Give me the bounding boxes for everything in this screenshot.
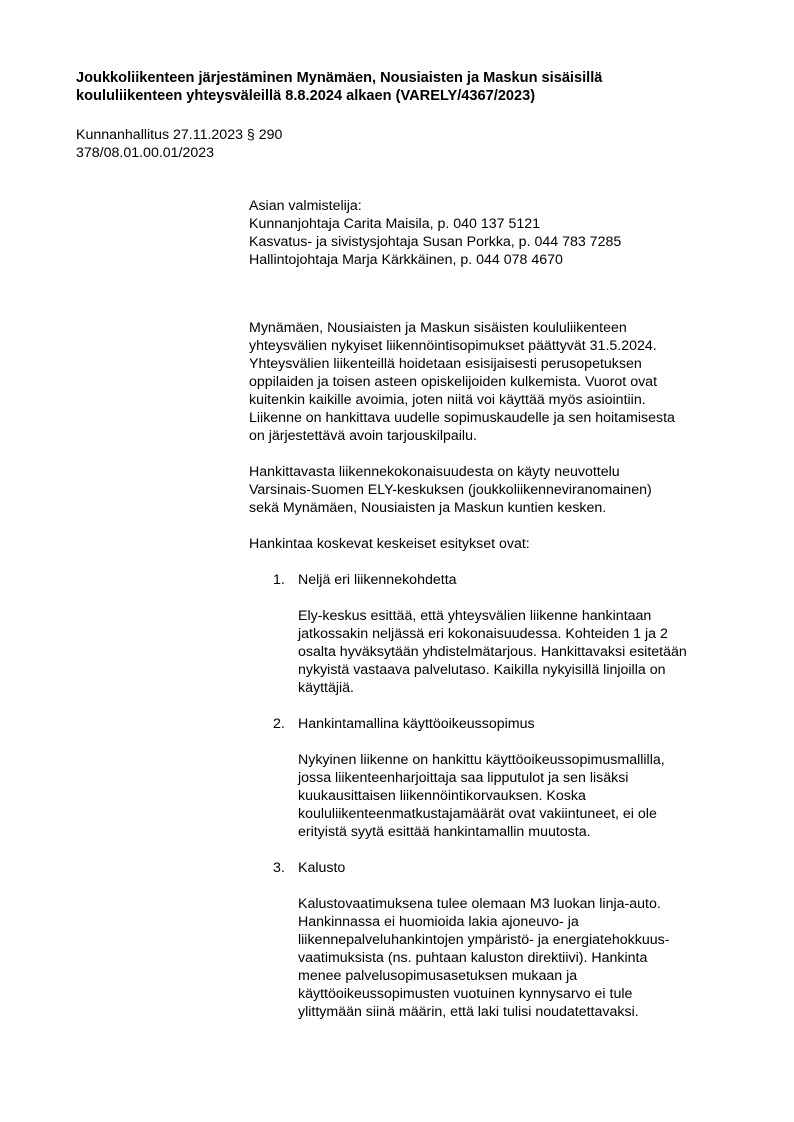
- text-line: erityistä syytä esittää hankintamallin m…: [298, 823, 759, 841]
- paragraph-negotiation: Hankittavasta liikennekokonaisuudesta on…: [249, 463, 759, 517]
- title-line: Joukkoliikenteen järjestäminen Mynämäen,…: [76, 69, 602, 87]
- preparer: Kunnanjohtaja Carita Maisila, p. 040 137…: [249, 215, 759, 233]
- list-item-body: Nykyinen liikenne on hankittu käyttöoike…: [249, 751, 759, 841]
- paragraph-proposals-intro: Hankintaa koskevat keskeiset esitykset o…: [249, 535, 759, 553]
- list-item-number: 2.: [273, 715, 285, 733]
- list-item: 3. Kalusto Kalustovaatimuksena tulee ole…: [249, 859, 759, 1021]
- list-item-body: Ely-keskus esittää, että yhteysvälien li…: [249, 607, 759, 697]
- list-item-heading: 2. Hankintamallina käyttöoikeussopimus: [249, 715, 759, 733]
- meeting-reference: Kunnanhallitus 27.11.2023 § 290: [76, 126, 282, 144]
- text-line: jossa liikenteenharjoittaja saa lipputul…: [298, 769, 759, 787]
- text-line: oppilaiden ja toisen asteen opiskelijoid…: [249, 373, 759, 391]
- list-item: 2. Hankintamallina käyttöoikeussopimus N…: [249, 715, 759, 841]
- text-line: on järjestettävä avoin tarjouskilpailu.: [249, 427, 759, 445]
- text-line: Ely-keskus esittää, että yhteysvälien li…: [298, 607, 759, 625]
- text-line: Kalustovaatimuksena tulee olemaan M3 luo…: [298, 895, 759, 913]
- text-line: Hankinnassa ei huomioida lakia ajoneuvo-…: [298, 913, 759, 931]
- text-line: Mynämäen, Nousiaisten ja Maskun sisäiste…: [249, 319, 759, 337]
- proposal-list: 1. Neljä eri liikennekohdetta Ely-keskus…: [249, 571, 759, 1021]
- text-line: nykyistä vastaava palvelutaso. Kaikilla …: [298, 661, 759, 679]
- list-item-title: Hankintamallina käyttöoikeussopimus: [298, 716, 535, 732]
- list-item-title: Neljä eri liikennekohdetta: [298, 572, 457, 588]
- list-item-title: Kalusto: [298, 860, 345, 876]
- list-item: 1. Neljä eri liikennekohdetta Ely-keskus…: [249, 571, 759, 697]
- text-line: liikennepalveluhankintojen ympäristö- ja…: [298, 931, 759, 949]
- list-item-number: 3.: [273, 859, 285, 877]
- list-item-heading: 3. Kalusto: [249, 859, 759, 877]
- record-id: 378/08.01.00.01/2023: [76, 144, 282, 162]
- list-item-number: 1.: [273, 571, 285, 589]
- text-line: kuukausittaisen liikennöintikorvauksen. …: [298, 787, 759, 805]
- text-line: sekä Mynämäen, Nousiaisten ja Maskun kun…: [249, 499, 759, 517]
- document-body: Asian valmistelija: Kunnanjohtaja Carita…: [249, 197, 759, 1021]
- text-line: Hankintaa koskevat keskeiset esitykset o…: [249, 535, 759, 553]
- preparer: Kasvatus- ja sivistysjohtaja Susan Porkk…: [249, 233, 759, 251]
- text-line: jatkossakin neljässä eri kokonaisuudessa…: [298, 625, 759, 643]
- text-line: Liikenne on hankittava uudelle sopimuska…: [249, 409, 759, 427]
- text-line: Yhteysvälien liikenteillä hoidetaan esis…: [249, 355, 759, 373]
- text-line: osalta hyväksytään yhdistelmätarjous. Ha…: [298, 643, 759, 661]
- meeting-meta: Kunnanhallitus 27.11.2023 § 290 378/08.0…: [76, 126, 282, 162]
- text-line: yhteysvälien nykyiset liikennöintisopimu…: [249, 337, 759, 355]
- text-line: käyttöoikeussopimusten vuotuinen kynnysa…: [298, 985, 759, 1003]
- paragraph-contracts: Mynämäen, Nousiaisten ja Maskun sisäiste…: [249, 319, 759, 445]
- text-line: Varsinais-Suomen ELY-keskuksen (joukkoli…: [249, 481, 759, 499]
- preparers-block: Asian valmistelija: Kunnanjohtaja Carita…: [249, 197, 759, 269]
- text-line: menee palvelusopimusasetuksen mukaan ja: [298, 967, 759, 985]
- preparers-heading: Asian valmistelija:: [249, 197, 759, 215]
- text-line: kuitenkin kaikille avoimia, joten niitä …: [249, 391, 759, 409]
- text-line: ylittymään siinä määrin, että laki tulis…: [298, 1003, 759, 1021]
- document-title: Joukkoliikenteen järjestäminen Mynämäen,…: [76, 69, 602, 105]
- list-item-body: Kalustovaatimuksena tulee olemaan M3 luo…: [249, 895, 759, 1021]
- title-line: koululiikenteen yhteysväleillä 8.8.2024 …: [76, 87, 602, 105]
- text-line: Nykyinen liikenne on hankittu käyttöoike…: [298, 751, 759, 769]
- text-line: koululiikenteenmatkustajamäärät ovat vak…: [298, 805, 759, 823]
- list-item-heading: 1. Neljä eri liikennekohdetta: [249, 571, 759, 589]
- text-line: käyttäjiä.: [298, 679, 759, 697]
- text-line: vaatimuksista (ns. puhtaan kaluston dire…: [298, 949, 759, 967]
- preparer: Hallintojohtaja Marja Kärkkäinen, p. 044…: [249, 251, 759, 269]
- text-line: Hankittavasta liikennekokonaisuudesta on…: [249, 463, 759, 481]
